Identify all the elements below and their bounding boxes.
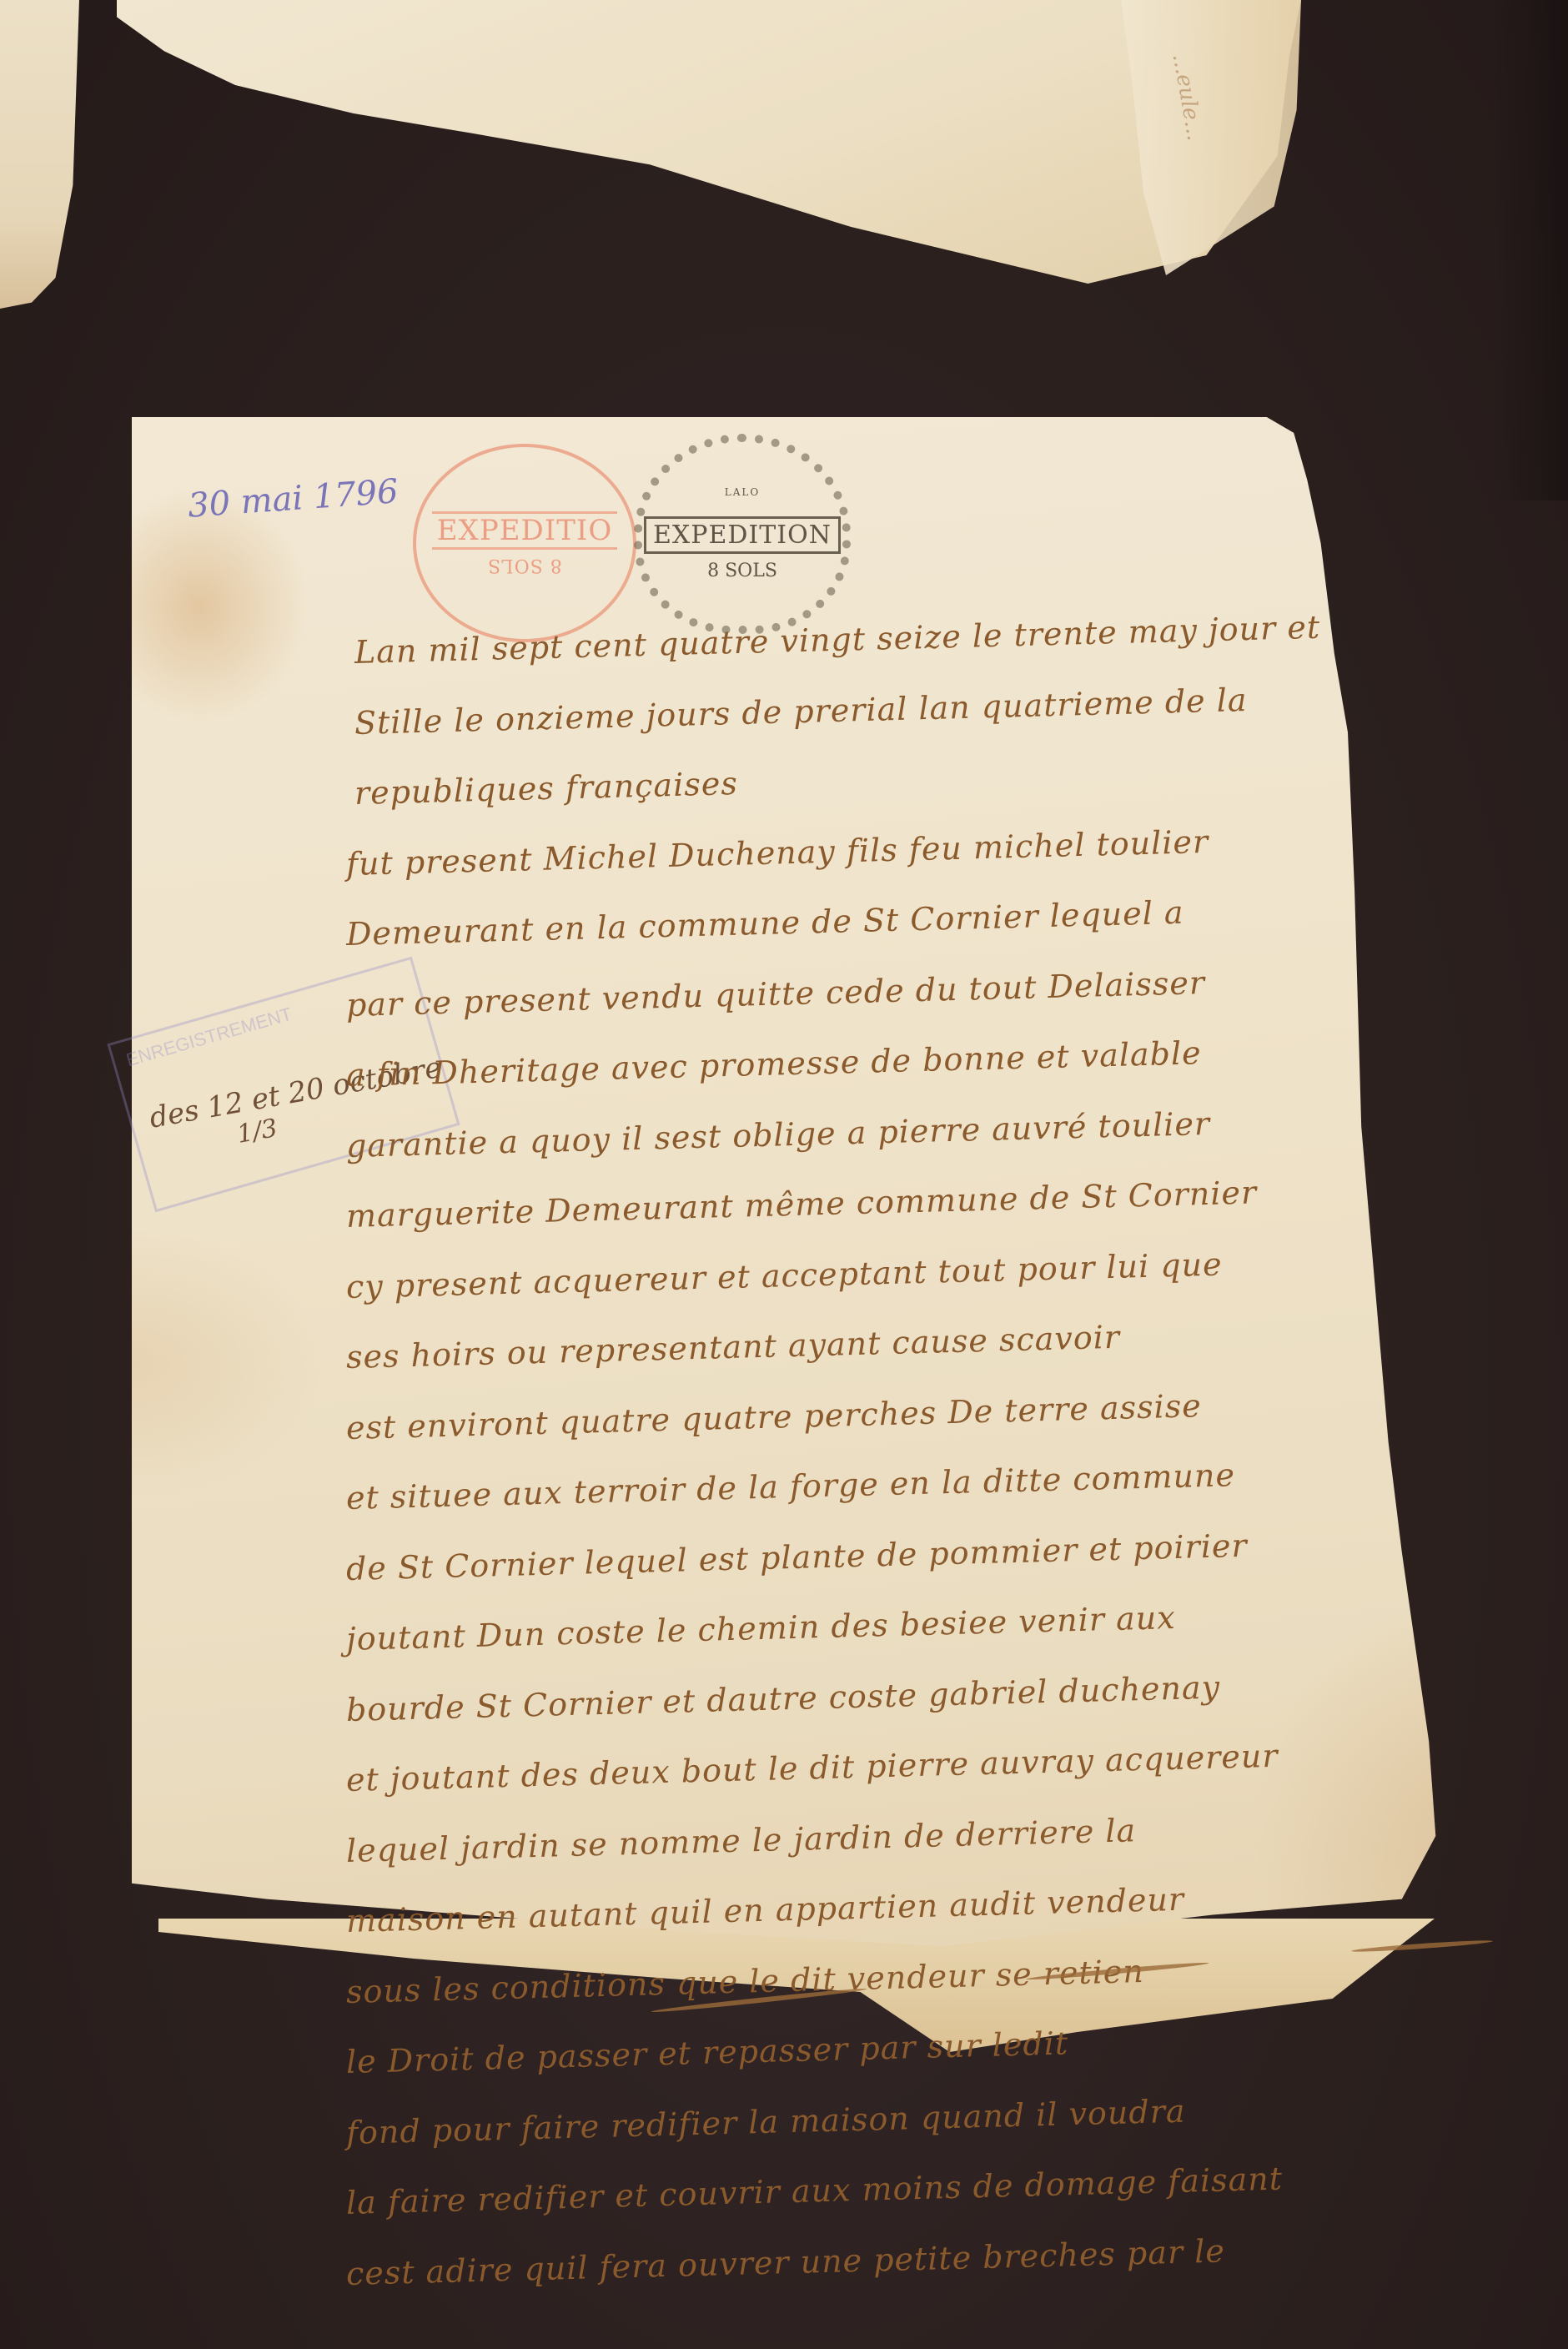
black-stamp-label: EXPEDITION (644, 516, 841, 554)
black-stamp-top: LALO (725, 486, 760, 498)
manuscript-content: 30 mai 1796 EXPEDITIO 8 SOLS LALO EXPEDI… (0, 0, 1568, 2349)
red-stamp-label: EXPEDITIO (432, 511, 617, 550)
handwritten-body: Lan mil sept cent quatre vingt seize le … (346, 617, 1447, 2309)
pencil-date-annotation: 30 mai 1796 (187, 472, 400, 526)
black-tax-stamp: LALO EXPEDITION 8 SOLS (634, 434, 851, 634)
red-stamp-sub: 8 SOLS (487, 555, 562, 576)
black-stamp-price: 8 SOLS (707, 561, 777, 581)
purple-stamp-text: ENREGISTREMENT (123, 1003, 294, 1071)
